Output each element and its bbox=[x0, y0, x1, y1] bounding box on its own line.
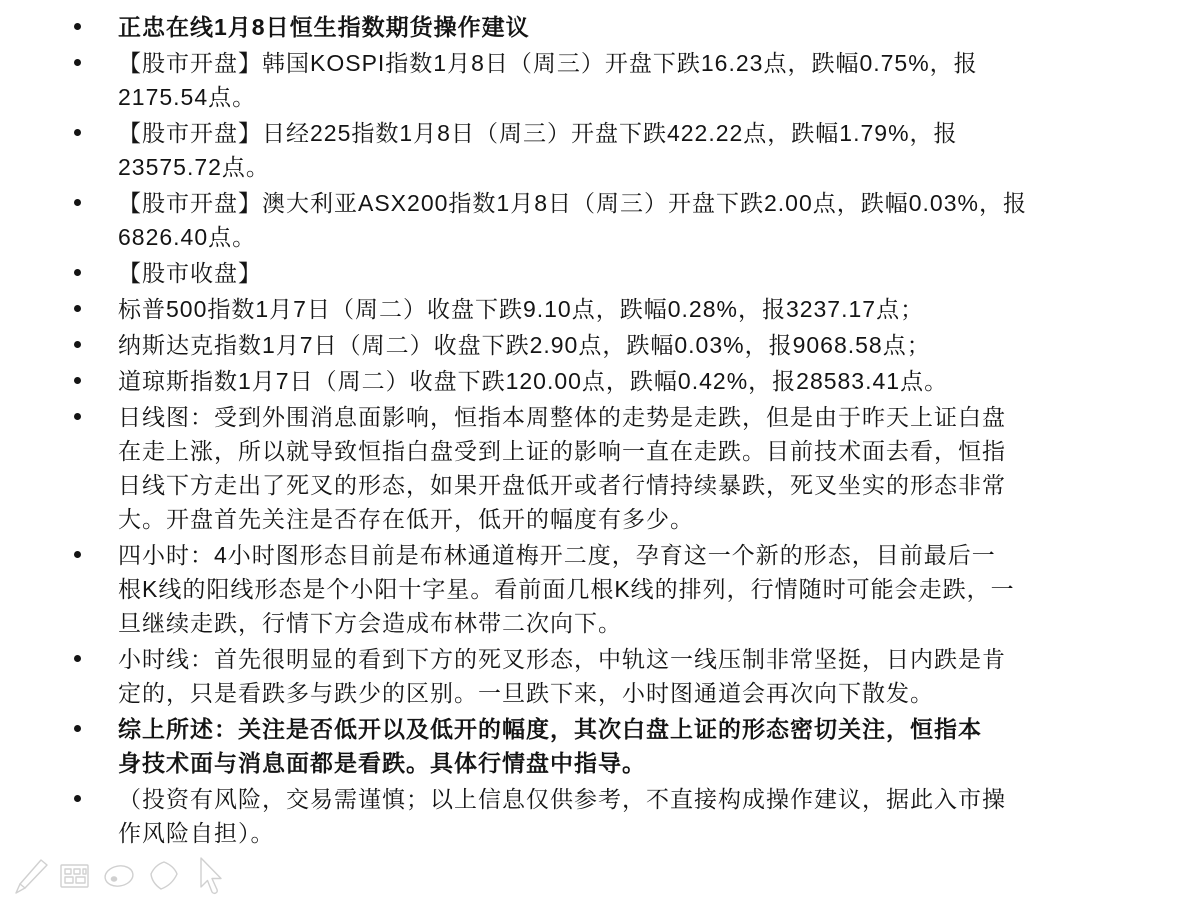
ellipse-icon[interactable] bbox=[101, 860, 137, 892]
bullet-item-nasdaq: 纳斯达克指数1月7日（周二）收盘下跌2.90点，跌幅0.03%，报9068.58… bbox=[72, 328, 1152, 362]
bullet-text: 标普500指数1月7日（周二）收盘下跌9.10点，跌幅0.28%，报3237.1… bbox=[118, 296, 924, 322]
bullet-text: 道琼斯指数1月7日（周二）收盘下跌120.00点，跌幅0.42%，报28583.… bbox=[118, 368, 948, 394]
bullet-marker bbox=[74, 341, 81, 348]
bullet-text: 四小时：4小时图形态目前是布林通道梅开二度，孕育这一个新的形态，目前最后一 根K… bbox=[118, 542, 1015, 636]
bullet-item-asx200: 【股市开盘】澳大利亚ASX200指数1月8日（周三）开盘下跌2.00点，跌幅0.… bbox=[72, 186, 1152, 254]
bullet-text: 纳斯达克指数1月7日（周二）收盘下跌2.90点，跌幅0.03%，报9068.58… bbox=[118, 332, 931, 358]
bullet-item-kospi: 【股市开盘】韩国KOSPI指数1月8日（周三）开盘下跌16.23点，跌幅0.75… bbox=[72, 46, 1152, 114]
presentation-slide: 正忠在线1月8日恒生指数期货操作建议 【股市开盘】韩国KOSPI指数1月8日（周… bbox=[0, 0, 1196, 900]
slide-content: 正忠在线1月8日恒生指数期货操作建议 【股市开盘】韩国KOSPI指数1月8日（周… bbox=[72, 10, 1152, 852]
bullet-text: 【股市开盘】日经225指数1月8日（周三）开盘下跌422.22点，跌幅1.79%… bbox=[118, 120, 958, 180]
pen-icon[interactable] bbox=[13, 856, 49, 896]
bullet-text: （投资有风险，交易需谨慎；以上信息仅供参考，不直接构成操作建议，据此入市操 作风… bbox=[118, 786, 1006, 846]
bullet-marker bbox=[74, 305, 81, 312]
bullet-marker bbox=[74, 413, 81, 420]
bullet-marker bbox=[74, 655, 81, 662]
bullet-marker bbox=[74, 725, 81, 732]
bullet-item-4hour-chart: 四小时：4小时图形态目前是布林通道梅开二度，孕育这一个新的形态，目前最后一 根K… bbox=[72, 538, 1152, 640]
bullet-item-market-close-header: 【股市收盘】 bbox=[72, 256, 1152, 290]
bullet-item-summary: 综上所述：关注是否低开以及低开的幅度，其次白盘上证的形态密切关注，恒指本 身技术… bbox=[72, 712, 1152, 780]
title-bullet-marker bbox=[74, 23, 81, 30]
bullet-item-hourly-chart: 小时线：首先很明显的看到下方的死叉形态，中轨这一线压制非常坚挺，日内跌是肯 定的… bbox=[72, 642, 1152, 710]
bullet-text: 小时线：首先很明显的看到下方的死叉形态，中轨这一线压制非常坚挺，日内跌是肯 定的… bbox=[118, 646, 1006, 706]
bullet-marker bbox=[74, 59, 81, 66]
bullet-marker bbox=[74, 551, 81, 558]
eraser-icon[interactable] bbox=[146, 859, 182, 893]
bullet-text: 综上所述：关注是否低开以及低开的幅度，其次白盘上证的形态密切关注，恒指本 身技术… bbox=[118, 716, 982, 776]
bullet-marker bbox=[74, 129, 81, 136]
bullet-item-sp500: 标普500指数1月7日（周二）收盘下跌9.10点，跌幅0.28%，报3237.1… bbox=[72, 292, 1152, 326]
bullet-item-daily-chart: 日线图：受到外围消息面影响，恒指本周整体的走势是走跌，但是由于昨天上证白盘 在走… bbox=[72, 400, 1152, 536]
bullet-item-nikkei: 【股市开盘】日经225指数1月8日（周三）开盘下跌422.22点，跌幅1.79%… bbox=[72, 116, 1152, 184]
cursor-arrow-icon[interactable] bbox=[191, 855, 227, 897]
slide-title: 正忠在线1月8日恒生指数期货操作建议 bbox=[118, 14, 530, 40]
bullet-marker bbox=[74, 269, 81, 276]
bullet-marker bbox=[74, 795, 81, 802]
bullet-item-disclaimer: （投资有风险，交易需谨慎；以上信息仅供参考，不直接构成操作建议，据此入市操 作风… bbox=[72, 782, 1152, 850]
bullet-text: 【股市开盘】澳大利亚ASX200指数1月8日（周三）开盘下跌2.00点，跌幅0.… bbox=[118, 190, 1027, 250]
slide-title-item: 正忠在线1月8日恒生指数期货操作建议 bbox=[72, 10, 1152, 44]
bullet-item-dowjones: 道琼斯指数1月7日（周二）收盘下跌120.00点，跌幅0.42%，报28583.… bbox=[72, 364, 1152, 398]
bullet-text: 【股市收盘】 bbox=[118, 260, 262, 286]
bullet-text: 【股市开盘】韩国KOSPI指数1月8日（周三）开盘下跌16.23点，跌幅0.75… bbox=[118, 50, 978, 110]
slide-panel-icon[interactable] bbox=[58, 860, 92, 892]
bullet-marker bbox=[74, 199, 81, 206]
annotation-toolbar bbox=[13, 855, 227, 897]
bullet-text: 日线图：受到外围消息面影响，恒指本周整体的走势是走跌，但是由于昨天上证白盘 在走… bbox=[118, 404, 1006, 532]
bullet-marker bbox=[74, 377, 81, 384]
